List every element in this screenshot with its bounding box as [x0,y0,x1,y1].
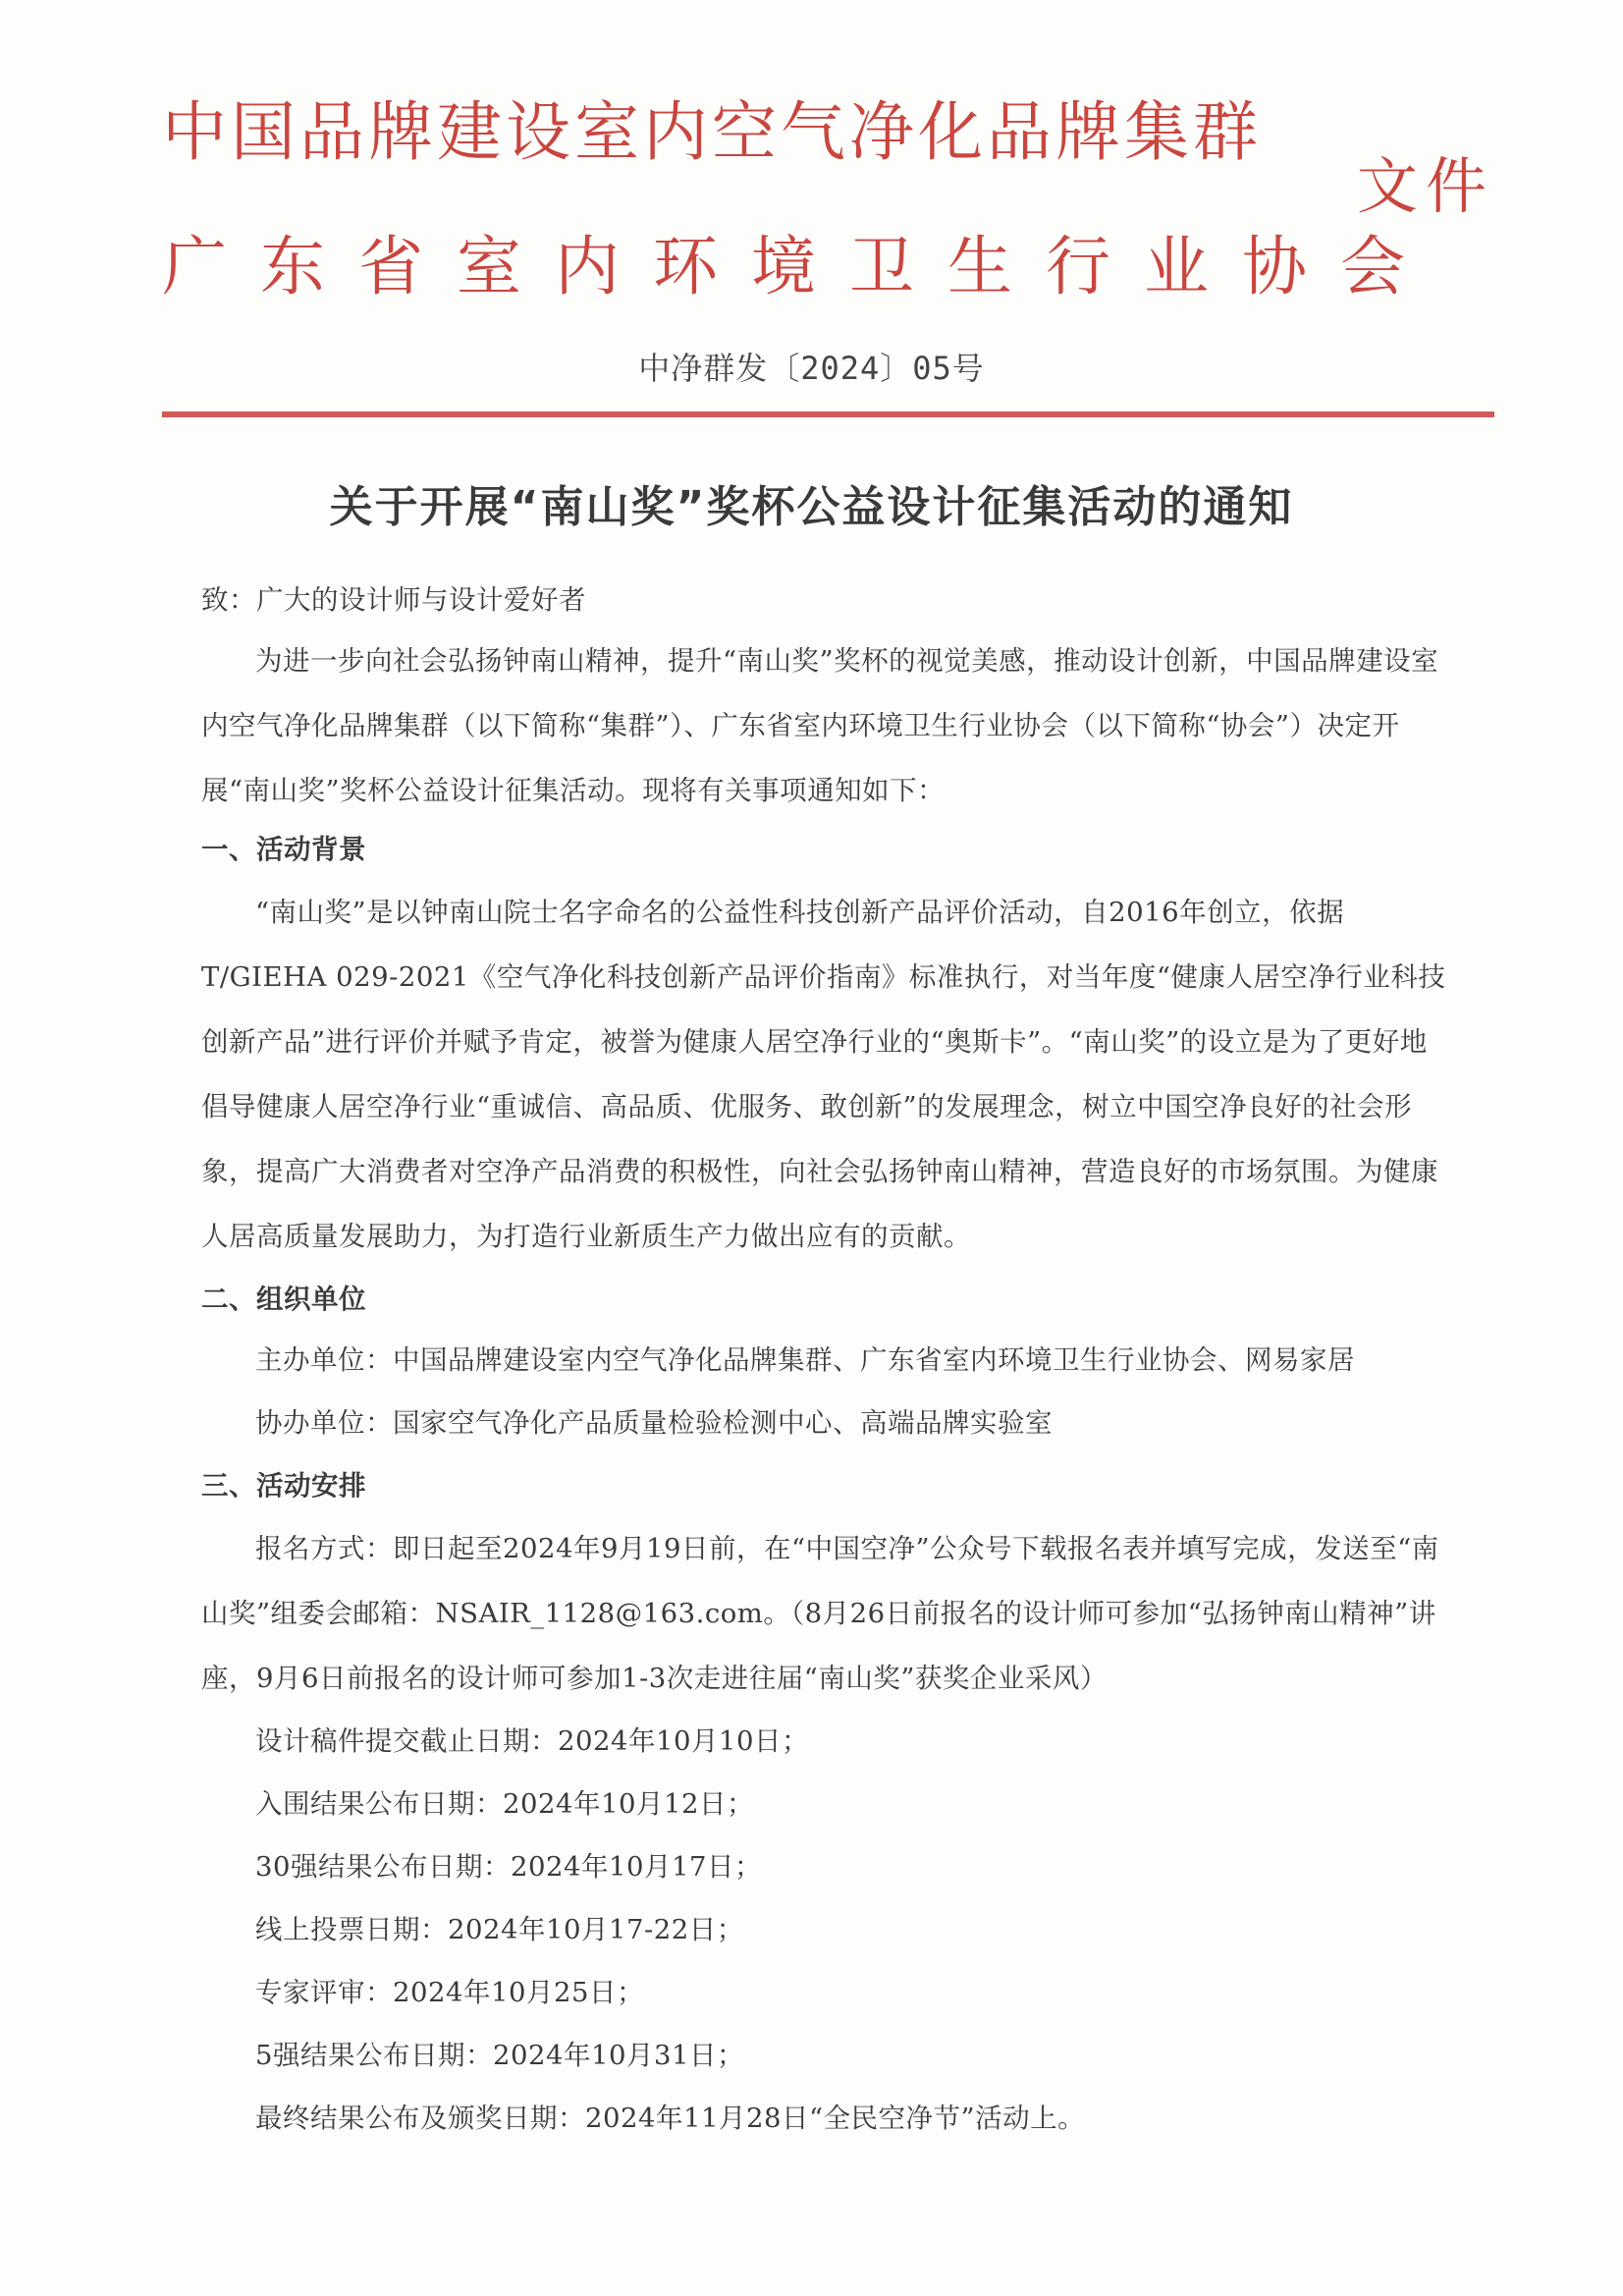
red-divider [162,411,1494,417]
addressee: 致：广大的设计师与设计爱好者 [201,568,1448,632]
schedule-item: 专家评审：2024年10月25日； [255,1960,1502,2025]
notice-title: 关于开展“南山奖”奖杯公益设计征集活动的通知 [0,471,1623,534]
background-paragraph: “南山奖”是以钟南山院士名字命名的公益性科技创新产品评价活动，自2016年创立，… [201,880,1448,1269]
section-heading-background: 一、活动背景 [201,817,1448,882]
schedule-item: 最终结果公布及颁奖日期：2024年11月28日“全民空净节”活动上。 [255,2086,1502,2151]
document-label: 文件 [1357,147,1494,226]
document-page: 中国品牌建设室内空气净化品牌集群 广东省室内环境卫生行业协会 文件 中净群发〔2… [0,0,1623,2296]
intro-paragraph: 为进一步向社会弘扬钟南山精神，提升“南山奖”奖杯的视觉美感，推动设计创新，中国品… [201,629,1448,823]
schedule-item: 30强结果公布日期：2024年10月17日； [255,1834,1502,1899]
issuer-name-1: 中国品牌建设室内空气净化品牌集群 [162,93,1262,172]
section-heading-organizers: 二、组织单位 [201,1267,1448,1332]
organizer-line: 主办单位：中国品牌建设室内空气净化品牌集群、广东省室内环境卫生行业协会、网易家居 [255,1328,1502,1393]
schedule-item: 5强结果公布日期：2024年10月31日； [255,2023,1502,2088]
issuer-name-2: 广东省室内环境卫生行业协会 [162,228,1438,306]
schedule-item: 设计稿件提交截止日期：2024年10月10日； [255,1709,1502,1774]
section-heading-schedule: 三、活动安排 [201,1453,1448,1518]
document-number: 中净群发〔2024〕05号 [0,344,1623,389]
schedule-item: 入围结果公布日期：2024年10月12日； [255,1772,1502,1836]
registration-paragraph: 报名方式：即日起至2024年9月19日前，在“中国空净”公众号下载报名表并填写完… [201,1516,1448,1711]
schedule-item: 线上投票日期：2024年10月17-22日； [255,1897,1502,1962]
co-organizer-line: 协办单位：国家空气净化产品质量检验检测中心、高端品牌实验室 [255,1391,1502,1455]
